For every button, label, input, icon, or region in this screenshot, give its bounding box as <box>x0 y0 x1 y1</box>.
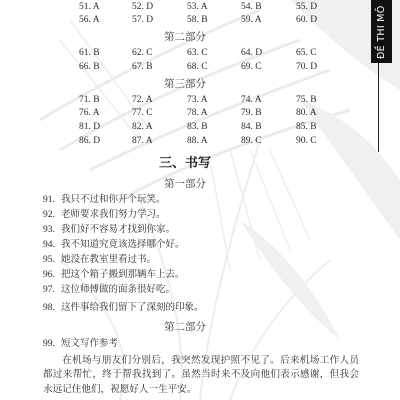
answer-cell: 76. A <box>79 106 100 120</box>
answer-row: 66. B 67. B 68. C 69. C 70. D <box>0 60 360 74</box>
answer-cell: 74. A <box>241 93 262 107</box>
answer-cell: 54. B <box>241 0 262 14</box>
answer-cell: 80. A <box>296 106 317 120</box>
writing-answer-item: 96.把这个箱子搬到那辆车上去。 <box>43 268 185 282</box>
answer-cell: 69. C <box>241 60 262 74</box>
writing-answer-item: 98.这件事给我们留下了深刻的印象。 <box>43 301 204 315</box>
answer-cell: 61. B <box>79 46 100 60</box>
side-tab-label: ĐỀ THI MÔ <box>376 5 387 59</box>
answer-row: 81. D 82. A 83. B 84. B 85. B <box>0 120 360 134</box>
item-text: 我不知道究竟该选择哪个好。 <box>61 239 185 250</box>
item-number: 91. <box>43 193 61 207</box>
side-tab-divider <box>378 63 379 152</box>
writing-answer-item-99: 99.短文写作参考 <box>43 337 118 351</box>
answer-cell: 68. C <box>187 60 208 74</box>
chapter-side-tab: ĐỀ THI MÔ <box>371 0 392 63</box>
answer-row: 76. A 77. C 78. A 79. B 80. A <box>0 106 360 120</box>
item-number: 95. <box>43 253 61 267</box>
answer-cell: 77. C <box>132 106 153 120</box>
item-text: 短文写作参考 <box>61 338 118 349</box>
answer-cell: 86. D <box>79 134 100 148</box>
answer-cell: 82. A <box>132 120 153 134</box>
answer-cell: 85. B <box>296 120 317 134</box>
item-text: 把这个箱子搬到那辆车上去。 <box>61 269 185 280</box>
answer-cell: 88. A <box>187 134 208 148</box>
answer-cell: 72. A <box>132 93 153 107</box>
answer-cell: 83. B <box>187 120 208 134</box>
section-title-writing-part2: 第二部分 <box>0 320 370 334</box>
item-number: 94. <box>43 238 61 252</box>
item-number: 98. <box>43 301 61 315</box>
answer-row: 71. B 72. A 73. A 74. A 75. B <box>0 93 360 107</box>
section-title-writing-part1: 第一部分 <box>0 177 370 191</box>
writing-answer-item: 93.我们好不容易才找到你家。 <box>43 223 175 237</box>
answer-key-page: ĐỀ THI MÔ 51. A 52. D 53. A 54. B 55. D … <box>0 0 400 400</box>
writing-answer-item: 95.她没在教室里看过书。 <box>43 253 156 267</box>
answer-cell: 52. D <box>132 0 153 14</box>
answer-cell: 67. B <box>132 60 153 74</box>
answer-row: 56. A 57. D 58. B 59. A 60. D <box>0 13 360 27</box>
item-text: 这件事给我们留下了深刻的印象。 <box>61 302 204 313</box>
answer-cell: 65. C <box>296 46 317 60</box>
answer-cell: 64. D <box>241 46 262 60</box>
answer-cell: 66. B <box>79 60 100 74</box>
answer-cell: 60. D <box>296 13 317 27</box>
item-number: 92. <box>43 208 61 222</box>
answer-row: 51. A 52. D 53. A 54. B 55. D <box>0 0 360 14</box>
item-text: 我只不过和你开个玩笑。 <box>61 194 166 205</box>
answer-cell: 51. A <box>79 0 100 14</box>
answer-cell: 63. C <box>187 46 208 60</box>
item-number: 97. <box>43 283 61 297</box>
answer-cell: 71. B <box>79 93 100 107</box>
writing-section-title: 三、书写 <box>0 156 370 172</box>
answer-cell: 81. D <box>79 120 100 134</box>
answer-cell: 89. C <box>241 134 262 148</box>
answer-row: 86. D 87. A 88. A 89. C 90. C <box>0 134 360 148</box>
answer-cell: 75. B <box>296 93 317 107</box>
writing-answer-item: 94.我不知道究竟该选择哪个好。 <box>43 238 185 252</box>
item-text: 她没在教室里看过书。 <box>61 254 156 265</box>
answer-row: 61. B 62. C 63. C 64. D 65. C <box>0 46 360 60</box>
essay-paragraph: 在机场与朋友们分别后，我突然发现护照不见了。后来机场工作人员都过来帮忙，终于帮我… <box>43 354 359 397</box>
answer-cell: 57. D <box>132 13 153 27</box>
answer-cell: 84. B <box>241 120 262 134</box>
answer-cell: 87. A <box>132 134 153 148</box>
item-text: 我们好不容易才找到你家。 <box>61 224 175 235</box>
answer-cell: 59. A <box>241 13 262 27</box>
section-title-part2: 第二部分 <box>0 30 370 44</box>
answer-cell: 70. D <box>296 60 317 74</box>
writing-answer-item: 92.老师要求我们努力学习。 <box>43 208 166 222</box>
answer-cell: 58. B <box>187 13 208 27</box>
section-title-part3: 第三部分 <box>0 77 370 91</box>
answer-cell: 53. A <box>187 0 208 14</box>
answer-cell: 73. A <box>187 93 208 107</box>
item-number: 93. <box>43 223 61 237</box>
item-number: 96. <box>43 268 61 282</box>
writing-answer-item: 97.这位师傅做的面条很好吃。 <box>43 283 175 297</box>
answer-cell: 79. B <box>241 106 262 120</box>
answer-cell: 90. C <box>296 134 317 148</box>
answer-cell: 55. D <box>296 0 317 14</box>
answer-cell: 78. A <box>187 106 208 120</box>
item-number: 99. <box>43 337 61 351</box>
item-text: 这位师傅做的面条很好吃。 <box>61 284 175 295</box>
answer-cell: 56. A <box>79 13 100 27</box>
answer-cell: 62. C <box>132 46 153 60</box>
item-text: 老师要求我们努力学习。 <box>61 209 166 220</box>
writing-answer-item: 91.我只不过和你开个玩笑。 <box>43 193 166 207</box>
